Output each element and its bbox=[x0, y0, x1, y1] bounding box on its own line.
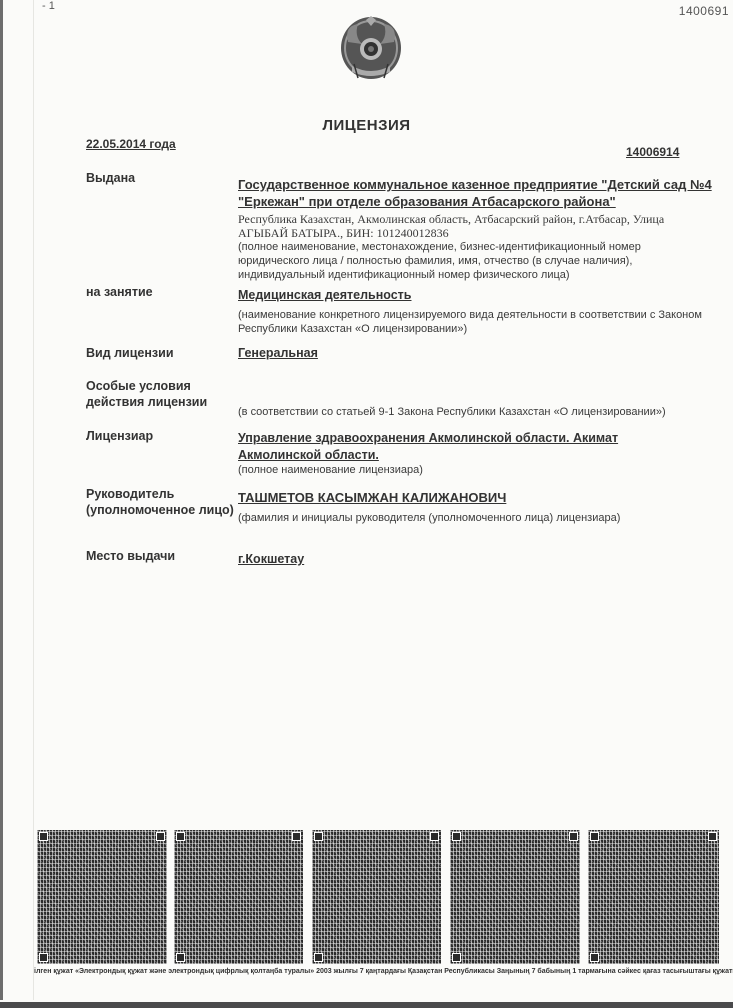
qr-finder-icon bbox=[176, 832, 185, 841]
footer-legal-text: ілген құжат «Электрондық құжат және элек… bbox=[34, 968, 733, 975]
issued-to-value: Государственное коммунальное казенное пр… bbox=[238, 176, 718, 210]
qr-finder-icon bbox=[39, 832, 48, 841]
activity-value: Медицинская деятельность bbox=[238, 287, 412, 304]
address-line-2: АГЫБАЙ БАТЫРА., БИН: 101240012836 bbox=[238, 226, 718, 241]
qr-finder-icon bbox=[176, 953, 185, 962]
special-conditions-label-2: действия лицензии bbox=[86, 394, 207, 410]
head-label-2: (уполномоченное лицо) bbox=[86, 502, 234, 518]
qr-finder-icon bbox=[590, 953, 599, 962]
scan-left-edge bbox=[0, 0, 3, 1000]
qr-finder-icon bbox=[708, 832, 717, 841]
qr-code-1 bbox=[37, 830, 167, 964]
qr-code-5 bbox=[588, 830, 719, 964]
corner-mark: - 1 bbox=[42, 0, 55, 12]
qr-finder-icon bbox=[314, 953, 323, 962]
qr-finder-icon bbox=[39, 953, 48, 962]
special-conditions-note: (в соответствии со статьей 9-1 Закона Ре… bbox=[238, 405, 708, 419]
qr-finder-icon bbox=[452, 953, 461, 962]
head-label-1: Руководитель bbox=[86, 486, 174, 502]
qr-code-4 bbox=[450, 830, 580, 964]
activity-note: (наименование конкретного лицензируемого… bbox=[238, 308, 708, 336]
qr-finder-icon bbox=[452, 832, 461, 841]
licensor-note: (полное наименование лицензиара) bbox=[238, 463, 423, 477]
activity-label: на занятие bbox=[86, 284, 153, 300]
fold-line bbox=[33, 0, 34, 1000]
kazakhstan-coat-of-arms-icon bbox=[336, 14, 406, 86]
licensor-label: Лицензиар bbox=[86, 428, 153, 444]
qr-code-3 bbox=[312, 830, 441, 964]
issued-to-note: (полное наименование, местонахождение, б… bbox=[238, 240, 678, 282]
qr-code-2 bbox=[174, 830, 303, 964]
head-value: ТАШМЕТОВ КАСЫМЖАН КАЛИЖАНОВИЧ bbox=[238, 489, 506, 506]
qr-finder-icon bbox=[314, 832, 323, 841]
top-document-number: 1400691 bbox=[679, 4, 729, 18]
qr-finder-icon bbox=[292, 832, 301, 841]
issue-date: 22.05.2014 года bbox=[86, 137, 176, 151]
licensor-value: Управление здравоохранения Акмолинской о… bbox=[238, 430, 638, 464]
document-title: ЛИЦЕНЗИЯ bbox=[0, 117, 733, 134]
license-type-value: Генеральная bbox=[238, 345, 318, 362]
qr-finder-icon bbox=[590, 832, 599, 841]
license-number: 14006914 bbox=[626, 145, 679, 159]
scan-bottom-edge bbox=[0, 1002, 733, 1008]
place-of-issue-label: Место выдачи bbox=[86, 548, 175, 564]
qr-finder-icon bbox=[569, 832, 578, 841]
head-note: (фамилия и инициалы руководителя (уполно… bbox=[238, 511, 620, 525]
place-of-issue-value: г.Кокшетау bbox=[238, 551, 304, 568]
special-conditions-label-1: Особые условия bbox=[86, 378, 191, 394]
address-line-1: Республика Казахстан, Акмолинская област… bbox=[238, 212, 718, 227]
license-type-label: Вид лицензии bbox=[86, 345, 174, 361]
qr-finder-icon bbox=[430, 832, 439, 841]
issued-to-label: Выдана bbox=[86, 170, 135, 186]
qr-finder-icon bbox=[156, 832, 165, 841]
